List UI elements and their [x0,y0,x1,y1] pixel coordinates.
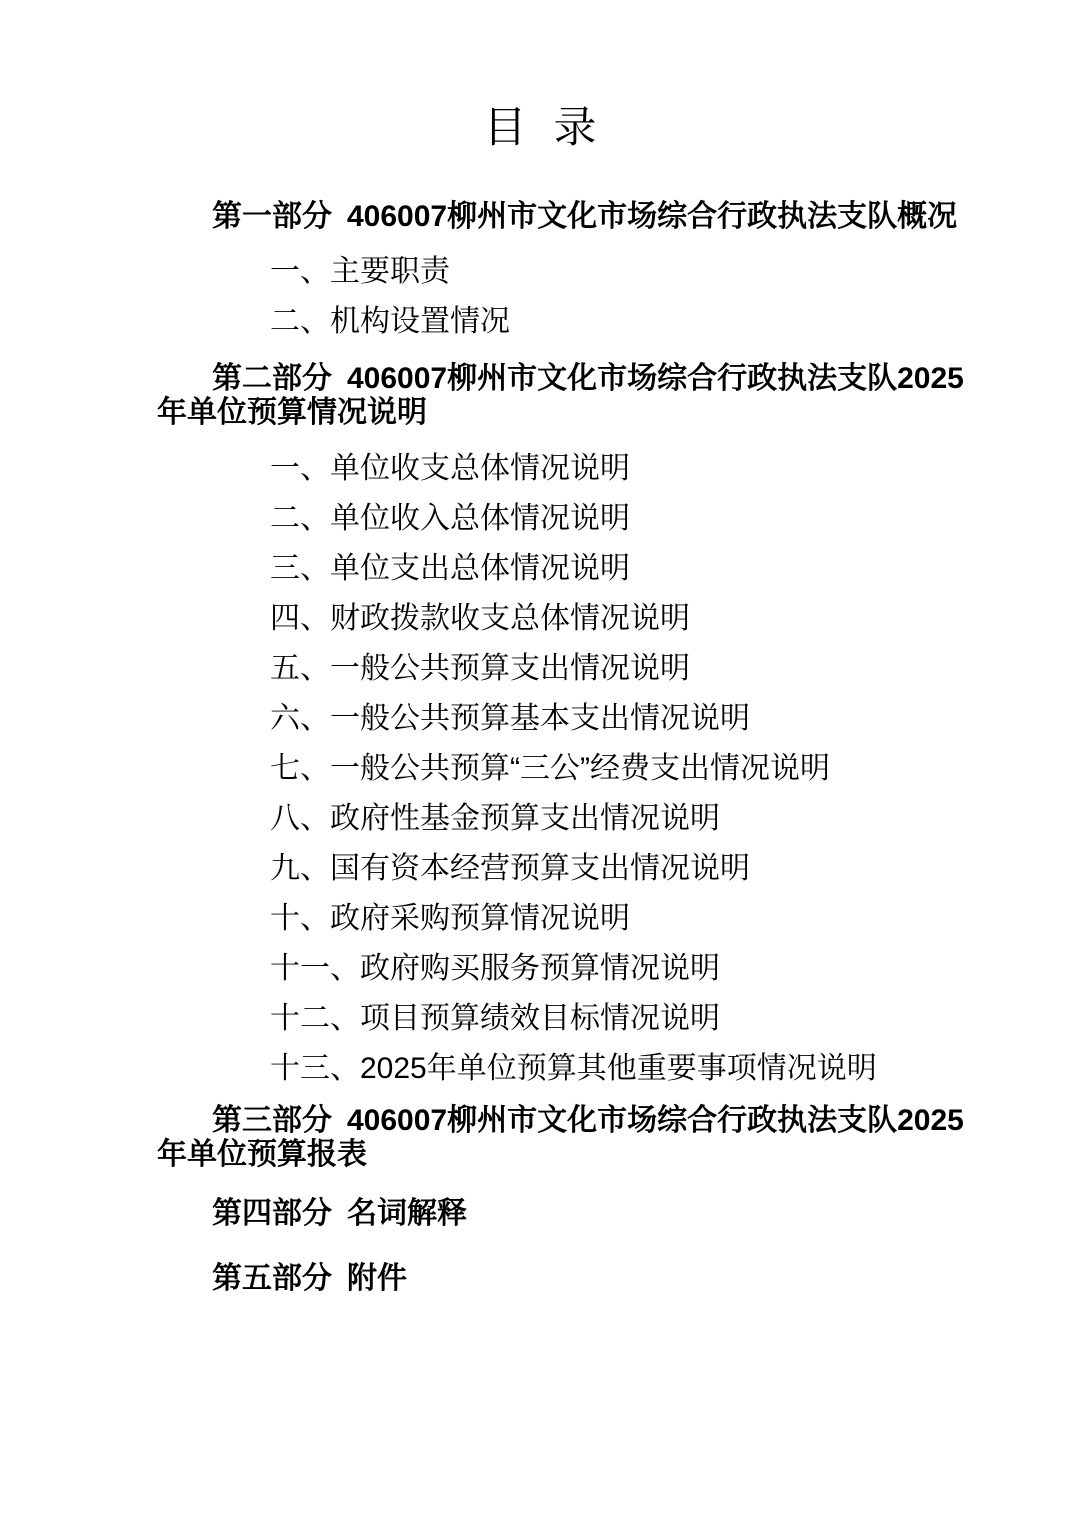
section-label: 第三部分 [212,1104,332,1137]
section-label: 第一部分 [212,200,332,233]
section-title-continuation: 年单位预算情况说明 [157,396,924,430]
toc-document: 目 录 第一部分406007柳州市文化市场综合行政执法支队概况 一、主要职责 二… [0,0,1074,1296]
toc-item: 六、一般公共预算基本支出情况说明 [157,694,924,744]
toc-item: 二、单位收入总体情况说明 [157,494,924,544]
document-page: 目 录 第一部分406007柳州市文化市场综合行政执法支队概况 一、主要职责 二… [0,0,1074,1520]
toc-item: 十三、2025年单位预算其他重要事项情况说明 [157,1044,924,1094]
toc-item: 九、国有资本经营预算支出情况说明 [157,844,924,894]
section-heading-part3: 第三部分406007柳州市文化市场综合行政执法支队2025 年单位预算报表 [157,1104,924,1172]
section-label: 第四部分 [212,1197,332,1230]
section-title: 406007柳州市文化市场综合行政执法支队概况 [347,200,957,233]
toc-items-part1: 一、主要职责 二、机构设置情况 [157,247,924,347]
section-heading-part5: 第五部分附件 [157,1262,924,1296]
toc-item: 四、财政拨款收支总体情况说明 [157,594,924,644]
section-title: 406007柳州市文化市场综合行政执法支队2025 [347,1104,964,1137]
toc-item: 三、单位支出总体情况说明 [157,544,924,594]
toc-item: 八、政府性基金预算支出情况说明 [157,794,924,844]
page-title: 目 录 [157,100,924,156]
toc-item: 十、政府采购预算情况说明 [157,894,924,944]
section-label: 第五部分 [212,1262,332,1295]
section-title: 名词解释 [347,1197,467,1230]
toc-item: 一、单位收支总体情况说明 [157,444,924,494]
toc-item: 十二、项目预算绩效目标情况说明 [157,994,924,1044]
toc-item: 七、一般公共预算“三公”经费支出情况说明 [157,744,924,794]
toc-item: 一、主要职责 [157,247,924,297]
section-heading-part2: 第二部分406007柳州市文化市场综合行政执法支队2025 年单位预算情况说明 [157,362,924,430]
toc-item: 十一、政府购买服务预算情况说明 [157,944,924,994]
section-heading-part4: 第四部分名词解释 [157,1197,924,1231]
section-title-continuation: 年单位预算报表 [157,1138,924,1172]
section-label: 第二部分 [212,362,332,395]
toc-items-part2: 一、单位收支总体情况说明 二、单位收入总体情况说明 三、单位支出总体情况说明 四… [157,444,924,1094]
toc-item: 五、一般公共预算支出情况说明 [157,644,924,694]
section-heading-part1: 第一部分406007柳州市文化市场综合行政执法支队概况 [157,200,924,234]
section-title: 附件 [347,1262,407,1295]
section-title: 406007柳州市文化市场综合行政执法支队2025 [347,362,964,395]
toc-item: 二、机构设置情况 [157,297,924,347]
